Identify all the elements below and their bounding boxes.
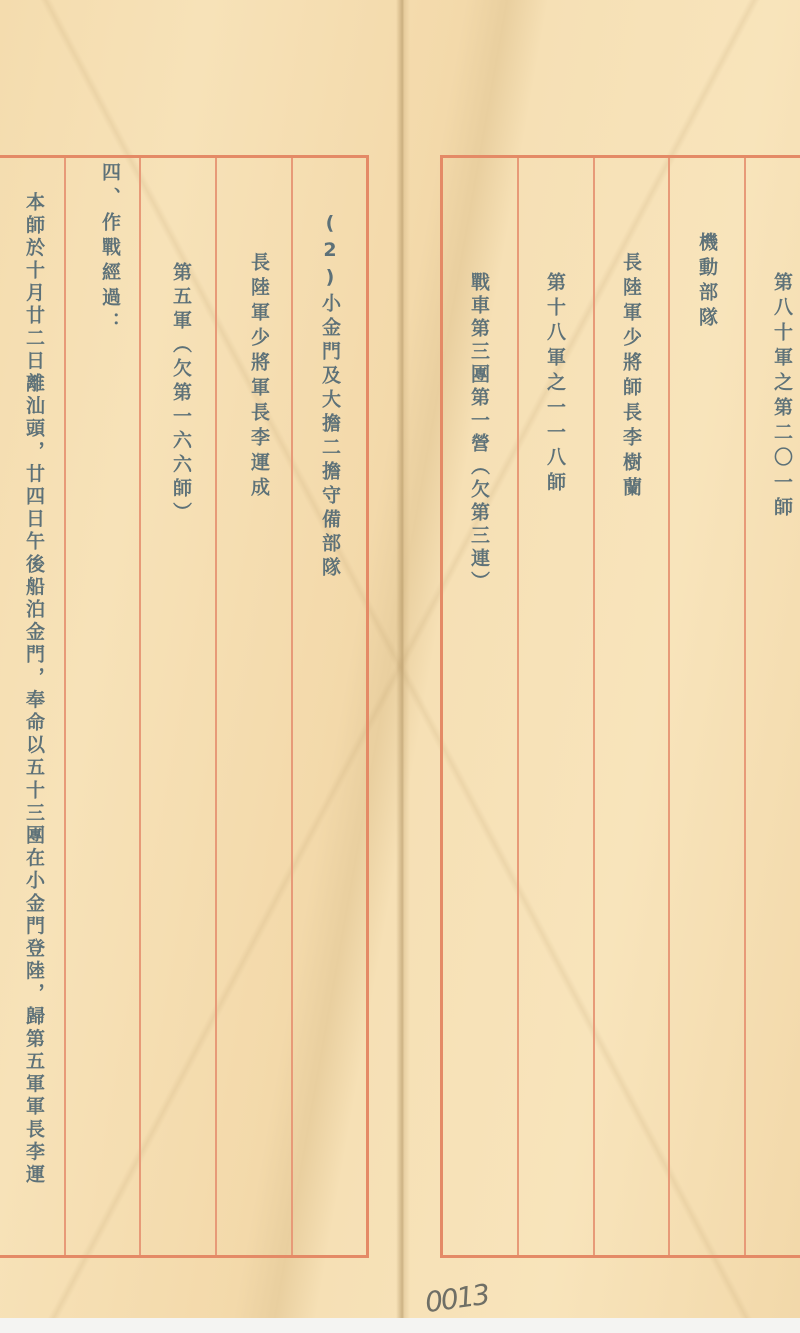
right-rule xyxy=(744,158,746,1255)
left-rule xyxy=(215,158,217,1255)
right-rule xyxy=(593,158,595,1255)
left-rule xyxy=(64,158,66,1255)
text-column: 第八十軍之第二〇一師 xyxy=(768,272,796,522)
text-column: 戰車第三團第一營（欠第三連） xyxy=(465,272,493,594)
text-column: (2)小金門及大擔二擔守備部隊 xyxy=(316,212,344,581)
left-rule xyxy=(291,158,293,1255)
page-number: 0013 xyxy=(423,1278,490,1319)
section-heading: 四、作戰經過： xyxy=(96,162,124,337)
right-rule xyxy=(668,158,670,1255)
text-column: 第五軍（欠第一六六師） xyxy=(167,262,195,526)
left-rule xyxy=(139,158,141,1255)
scan-bottom-edge xyxy=(0,1318,800,1333)
right-rule xyxy=(517,158,519,1255)
text-column: 機動部隊 xyxy=(693,232,721,332)
text-column: 長陸軍少將軍長李運成 xyxy=(245,252,273,502)
text-column: 第十八軍之一一八師 xyxy=(541,272,569,497)
text-column: 長陸軍少將師長李樹蘭 xyxy=(617,252,645,502)
book-fold xyxy=(396,0,410,1333)
text-column: 本師於十月廿二日離汕頭，廿四日午後船泊金門，奉命以五十三團在小金門登陸，歸第五軍… xyxy=(20,192,48,1186)
